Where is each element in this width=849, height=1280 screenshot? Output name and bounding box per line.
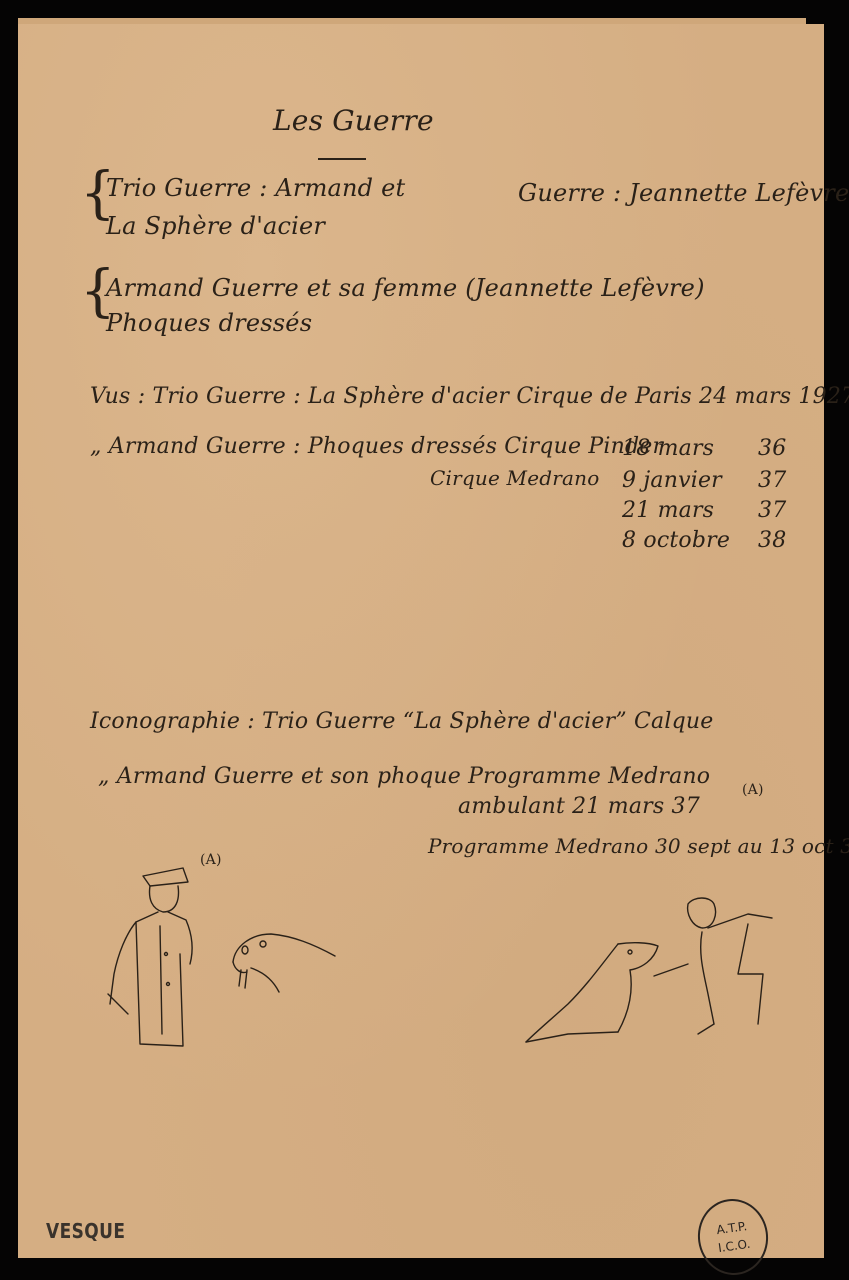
title-underline — [318, 158, 366, 160]
man-with-cap-sketch — [88, 854, 218, 1064]
entry-armand-line2: Phoques dressés — [106, 309, 312, 337]
entry-trio-line2: La Sphère d'acier — [106, 212, 325, 240]
icono-line4: Programme Medrano 30 sept au 13 oct 38 (… — [428, 834, 849, 858]
icono-line1: Iconographie : Trio Guerre “La Sphère d'… — [90, 709, 713, 734]
stamp-bottom-text: I.C.O. — [717, 1235, 752, 1257]
vus-line1: Vus : Trio Guerre : La Sphère d'acier Ci… — [90, 384, 849, 409]
vus-date-1: 18 mars — [622, 436, 714, 461]
entry-guerre-jeannette: Guerre : Jeannette Lefèvre — [518, 179, 849, 207]
sketch-mark-a: (A) — [200, 852, 222, 868]
vus-year-4: 38 — [758, 528, 786, 553]
icono-line2: „ Armand Guerre et son phoque Programme … — [98, 764, 710, 789]
man-with-seal-sketch — [518, 884, 798, 1054]
vus-year-1: 36 — [758, 436, 786, 461]
entry-trio-line1: Trio Guerre : Armand et — [106, 174, 405, 202]
vus-cirque-medrano: Cirque Medrano — [430, 466, 599, 490]
manuscript-page: Les Guerre { Trio Guerre : Armand et La … — [18, 24, 824, 1258]
vus-line2: „ Armand Guerre : Phoques dressés Cirque… — [90, 434, 663, 459]
atp-round-stamp: A.T.P. I.C.O. — [693, 1194, 773, 1279]
icono-mark-a: (A) — [742, 782, 764, 798]
icono-line3: ambulant 21 mars 37 — [458, 794, 700, 819]
vus-date-3: 21 mars — [622, 498, 714, 523]
vus-date-4: 8 octobre — [622, 528, 730, 553]
vus-date-2: 9 janvier — [622, 468, 722, 493]
vus-year-3: 37 — [758, 498, 786, 523]
seal-head-sketch — [223, 924, 343, 1004]
library-stamp-text: VESQUE — [46, 1219, 125, 1243]
vus-year-2: 37 — [758, 468, 786, 493]
page-title: Les Guerre — [273, 104, 434, 137]
entry-armand-line1: Armand Guerre et sa femme (Jeannette Lef… — [106, 274, 705, 302]
